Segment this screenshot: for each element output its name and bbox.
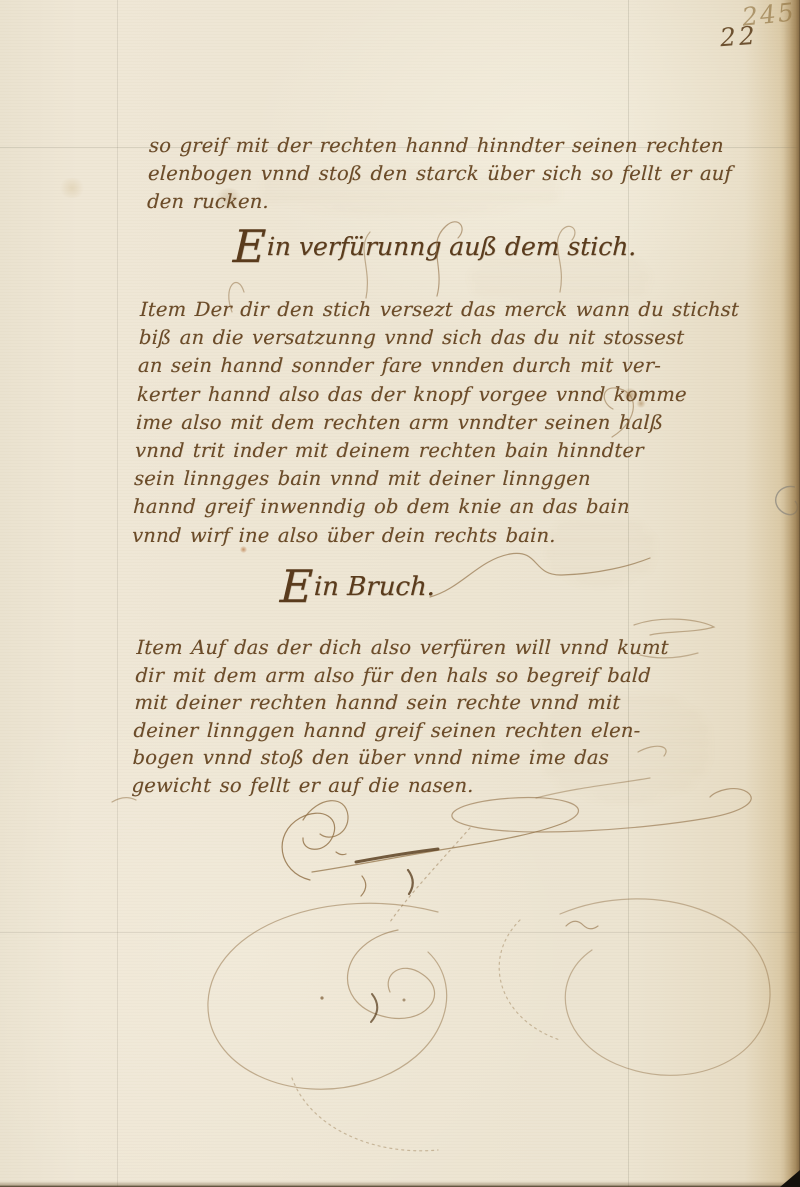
- manuscript-line: bogen vnnd stoß den über vnnd nime ime d…: [132, 744, 665, 772]
- section-heading-verfuehrung: Ein verfürunng auß dem stich.: [232, 232, 636, 261]
- ruling-line-lower: [0, 932, 800, 933]
- ruling-line-left-margin: [117, 0, 118, 1187]
- manuscript-line: biß an die versatzunng vnnd sich das du …: [138, 324, 738, 352]
- manuscript-line: gewicht so fellt er auf die nasen.: [131, 772, 664, 800]
- manuscript-line: vnnd wirf ine also über dein rechts bain…: [132, 522, 732, 550]
- manuscript-line: Item Auf das der dich also verfüren will…: [136, 634, 669, 662]
- manuscript-line: dir mit dem arm also für den hals so beg…: [135, 662, 668, 690]
- manuscript-line: Item Der dir den stich versezt das merck…: [139, 296, 739, 324]
- page-edge-bottom: [0, 1181, 800, 1187]
- manuscript-line: vnnd trit inder mit deinem rechten bain …: [135, 437, 735, 465]
- page-edge-right: [784, 0, 800, 1187]
- manuscript-line: deiner linnggen hannd greif seinen recht…: [133, 717, 666, 745]
- manuscript-line: mit deiner rechten hannd sein rechte vnn…: [134, 689, 667, 717]
- paragraph-2: Item Der dir den stich versezt das merck…: [132, 296, 740, 550]
- manuscript-line: hannd greif inwenndig ob dem knie an das…: [133, 493, 733, 521]
- manuscript-line: den rucken.: [147, 188, 732, 216]
- manuscript-line: sein linngges bain vnnd mit deiner linng…: [134, 465, 734, 493]
- paragraph-3: Item Auf das der dich also verfüren will…: [131, 634, 669, 800]
- manuscript-line: an sein hannd sonnder fare vnnden durch …: [137, 352, 737, 380]
- manuscript-line: kerter hannd also das der knopf vorgee v…: [136, 381, 736, 409]
- section-heading-bruch: Ein Bruch.: [279, 572, 435, 602]
- heading-text: in Bruch.: [313, 572, 435, 602]
- heading-initial: E: [232, 220, 267, 273]
- manuscript-line: ime also mit dem rechten arm vnndter sei…: [136, 409, 736, 437]
- manuscript-photo: 245 22 so greif mit der rechten hannd hi…: [0, 0, 800, 1187]
- folio-number: 22: [719, 21, 759, 53]
- page-corner-background: [780, 1170, 800, 1187]
- manuscript-line: elenbogen vnnd stoß den starck über sich…: [148, 160, 733, 188]
- heading-text: in verfürunng auß dem stich.: [266, 232, 637, 261]
- manuscript-line: so greif mit der rechten hannd hinndter …: [148, 132, 733, 160]
- heading-initial: E: [279, 560, 314, 613]
- paragraph-1: so greif mit der rechten hannd hinndter …: [147, 132, 734, 216]
